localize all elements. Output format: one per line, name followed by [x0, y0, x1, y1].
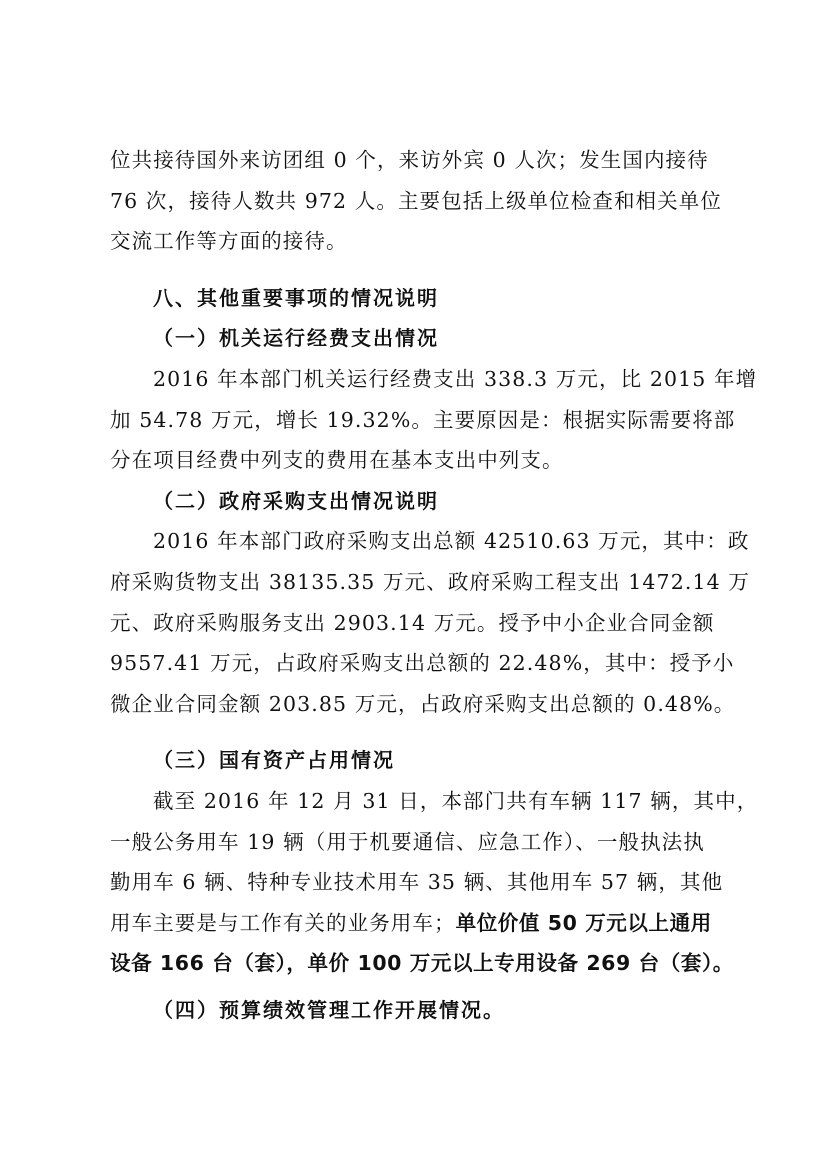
subsection-heading: （一）机关运行经费支出情况	[110, 318, 717, 359]
body-line: 76 次，接待人数共 972 人。主要包括上级单位检查和相关单位	[110, 181, 717, 222]
bold-emphasis-text: 单位价值 50 万元以上通用	[456, 911, 712, 935]
section-heading: 八、其他重要事项的情况说明	[110, 278, 717, 319]
body-line: 9557.41 万元，占政府采购支出总额的 22.48%，其中：授予小	[110, 643, 717, 684]
bold-emphasis-line: 设备 166 台（套），单价 100 万元以上专用设备 269 台（套）。	[110, 943, 717, 984]
body-line: 府采购货物支出 38135.35 万元、政府采购工程支出 1472.14 万	[110, 562, 717, 603]
body-line: 分在项目经费中列支的费用在基本支出中列支。	[110, 440, 717, 481]
document-page: 位共接待国外来访团组 0 个，来访外宾 0 人次；发生国内接待 76 次，接待人…	[110, 140, 717, 1030]
body-line: 交流工作等方面的接待。	[110, 221, 717, 262]
body-line-mixed: 用车主要是与工作有关的业务用车；单位价值 50 万元以上通用	[110, 903, 717, 944]
subsection-heading: （四）预算绩效管理工作开展情况。	[110, 990, 717, 1031]
body-line: 微企业合同金额 203.85 万元，占政府采购支出总额的 0.48%。	[110, 684, 717, 725]
body-line: 2016 年本部门机关运行经费支出 338.3 万元，比 2015 年增	[110, 359, 717, 400]
subsection-heading: （二）政府采购支出情况说明	[110, 481, 717, 522]
body-line: 一般公务用车 19 辆（用于机要通信、应急工作）、一般执法执	[110, 822, 717, 863]
body-line: 加 54.78 万元，增长 19.32%。主要原因是：根据实际需要将部	[110, 400, 717, 441]
body-line: 位共接待国外来访团组 0 个，来访外宾 0 人次；发生国内接待	[110, 140, 717, 181]
body-line: 2016 年本部门政府采购支出总额 42510.63 万元，其中：政	[110, 521, 717, 562]
body-line: 元、政府采购服务支出 2903.14 万元。授予中小企业合同金额	[110, 603, 717, 644]
body-text: 用车主要是与工作有关的业务用车；	[110, 911, 456, 935]
subsection-heading: （三）国有资产占用情况	[110, 740, 717, 781]
body-line: 截至 2016 年 12 月 31 日，本部门共有车辆 117 辆，其中，	[110, 781, 717, 822]
body-line: 勤用车 6 辆、特种专业技术用车 35 辆、其他用车 57 辆，其他	[110, 862, 717, 903]
